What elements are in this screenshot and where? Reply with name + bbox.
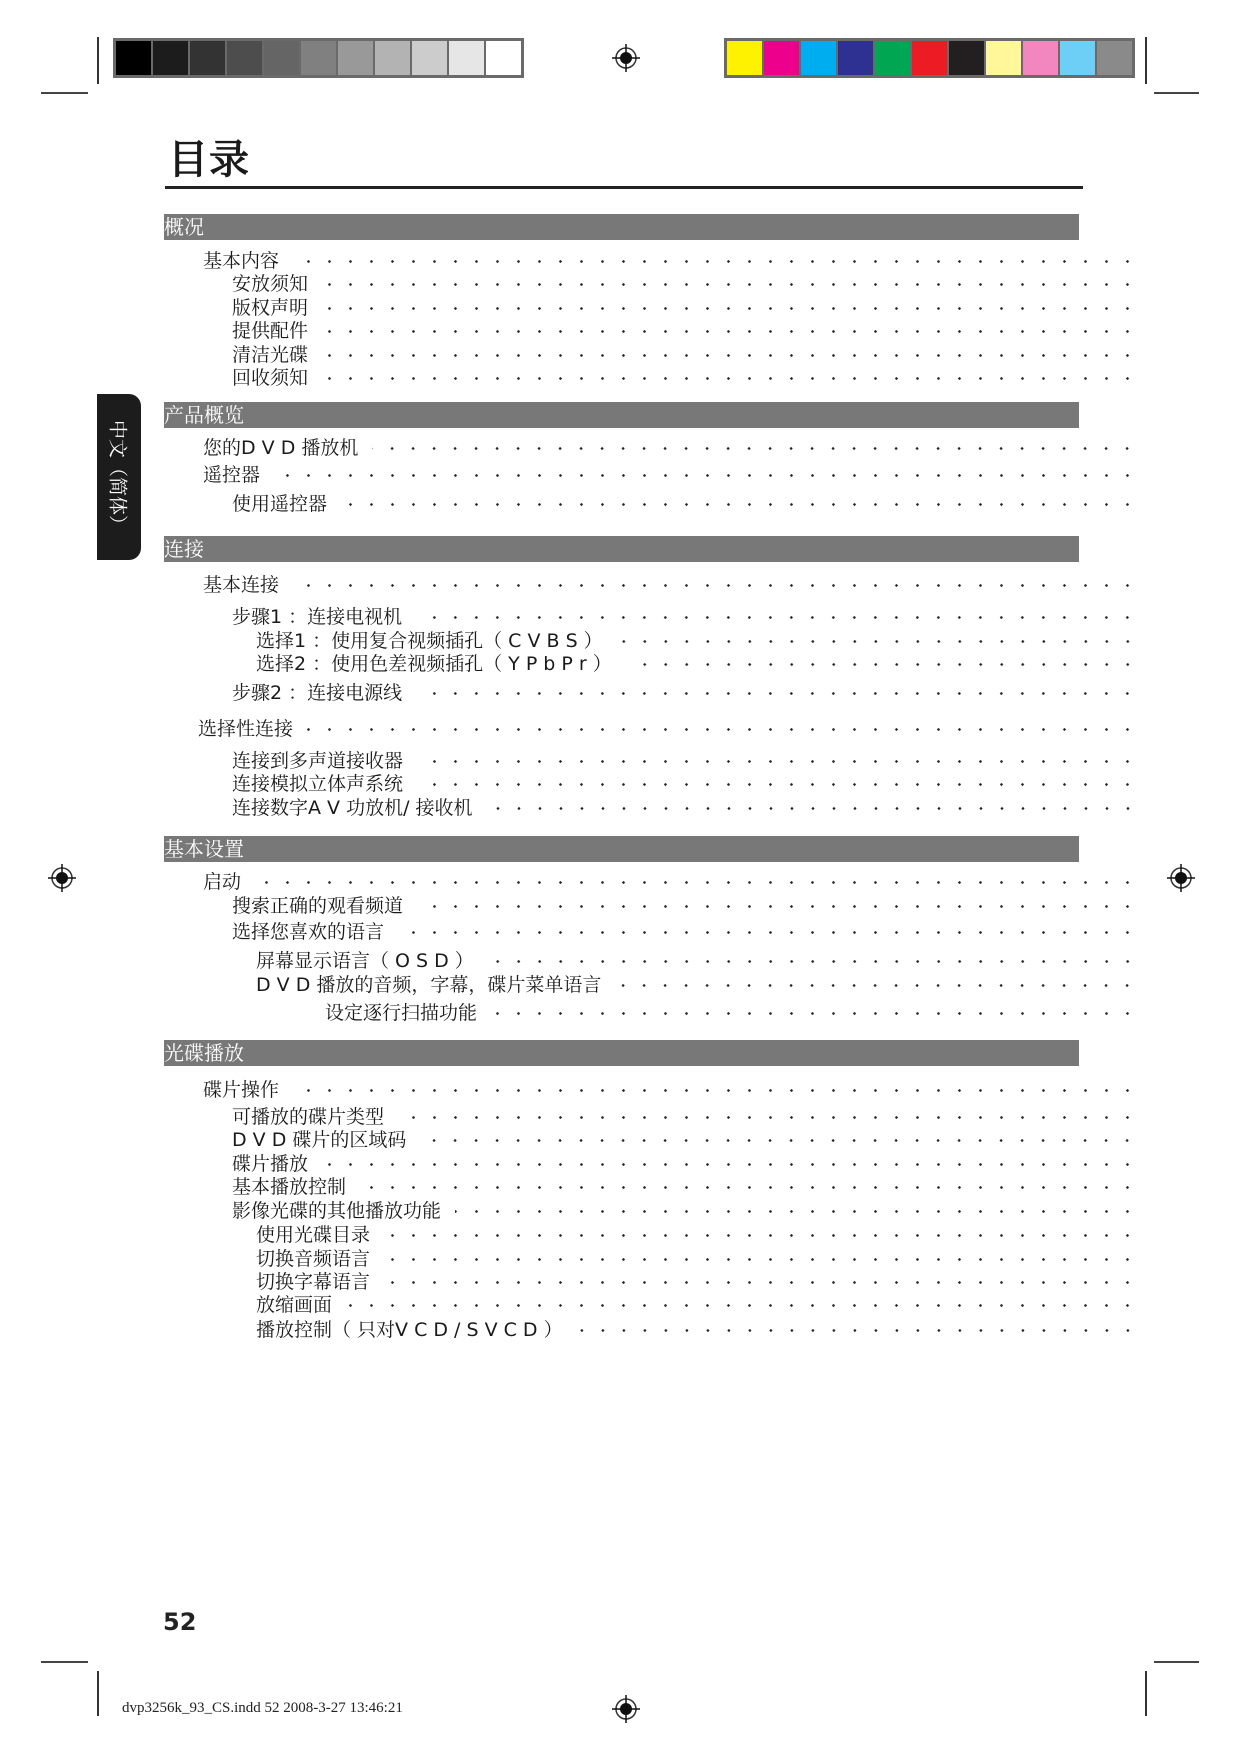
registration-mark-icon xyxy=(611,43,641,73)
crop-mark xyxy=(1154,92,1199,94)
title-underline xyxy=(165,186,1083,189)
toc-entry[interactable]: 屏幕显示语言（ O S D ） xyxy=(256,949,1138,973)
toc-entry[interactable]: 基本连接 xyxy=(203,573,1138,597)
toc-entry[interactable]: 基本内容 xyxy=(203,249,1138,273)
registration-mark-icon xyxy=(1166,863,1196,893)
dot-leader xyxy=(577,1329,1138,1332)
section-heading: 连接 xyxy=(164,536,1079,562)
toc-entry-label: 切换字幕语言 xyxy=(256,1270,370,1294)
toc-entry-label: D V D 碟片的区域码 xyxy=(232,1128,406,1152)
toc-entry[interactable]: 步骤2 ：连接电源线 xyxy=(232,681,1138,705)
toc-entry-label: 基本播放控制 xyxy=(232,1175,346,1199)
color-swatch xyxy=(116,41,151,75)
dot-leader xyxy=(617,640,1138,643)
toc-entry[interactable]: 使用遥控器 xyxy=(232,492,1138,516)
toc-entry-label: 搜索正确的观看频道 xyxy=(232,894,403,918)
toc-entry-label: 影像光碟的其他播放功能 xyxy=(232,1199,441,1223)
toc-entry[interactable]: D V D 碟片的区域码 xyxy=(232,1128,1138,1152)
toc-entry-label: D V D 播放的音频，字幕，碟片菜单语言 xyxy=(256,973,601,997)
toc-entry-label: 基本连接 xyxy=(203,573,279,597)
dot-leader xyxy=(322,377,1138,380)
toc-entry-label: 您的D V D 播放机 xyxy=(203,436,358,460)
dot-leader xyxy=(626,663,1138,666)
toc-entry[interactable]: 碟片操作 xyxy=(203,1078,1138,1102)
color-swatch xyxy=(949,41,984,75)
toc-entry[interactable]: 版权声明 xyxy=(232,296,1138,320)
crop-mark xyxy=(1145,37,1147,84)
dot-leader xyxy=(322,283,1138,286)
toc-entry-label: 步骤2 ：连接电源线 xyxy=(232,681,402,705)
toc-entry[interactable]: 连接模拟立体声系统 xyxy=(232,772,1138,796)
dot-leader xyxy=(420,1139,1138,1142)
dot-leader xyxy=(372,447,1138,450)
toc-entry-label: 提供配件 xyxy=(232,319,308,343)
dot-leader xyxy=(346,1304,1138,1307)
toc-entry-label: 版权声明 xyxy=(232,296,308,320)
color-swatch xyxy=(301,41,336,75)
color-swatch xyxy=(912,41,947,75)
section-heading: 光碟播放 xyxy=(164,1040,1079,1066)
dot-leader xyxy=(398,1116,1138,1119)
dot-leader xyxy=(417,760,1138,763)
dot-leader xyxy=(491,1012,1138,1015)
dot-leader xyxy=(488,960,1138,963)
section-heading: 产品概览 xyxy=(164,402,1079,428)
toc-entry[interactable]: 遥控器 xyxy=(203,463,1138,487)
color-swatch xyxy=(801,41,836,75)
section-heading: 基本设置 xyxy=(164,836,1079,862)
toc-entry-label: 步骤1 ：连接电视机 xyxy=(232,605,402,629)
toc-entry-label: 选择您喜欢的语言 xyxy=(232,920,384,944)
section-heading: 概况 xyxy=(164,214,1079,240)
toc-entry[interactable]: 清洁光碟 xyxy=(232,343,1138,367)
dot-leader xyxy=(274,474,1138,477)
registration-mark-icon xyxy=(611,1694,641,1724)
color-swatch xyxy=(338,41,373,75)
toc-entry-label: 使用遥控器 xyxy=(232,492,327,516)
toc-entry-label: 设定逐行扫描功能 xyxy=(325,1001,477,1025)
crop-mark xyxy=(97,1671,99,1716)
toc-entry[interactable]: 播放控制（ 只对V C D / S V C D ） xyxy=(256,1318,1138,1342)
dot-leader xyxy=(293,1089,1138,1092)
toc-entry[interactable]: 基本播放控制 xyxy=(232,1175,1138,1199)
grayscale-color-bar xyxy=(113,38,524,78)
color-swatch xyxy=(875,41,910,75)
dot-leader xyxy=(293,260,1138,263)
toc-entry[interactable]: 您的D V D 播放机 xyxy=(203,436,1138,460)
toc-entry[interactable]: 选择性连接 xyxy=(198,717,1138,741)
dot-leader xyxy=(417,905,1138,908)
dot-leader xyxy=(255,881,1138,884)
color-swatch xyxy=(1097,41,1132,75)
toc-entry-label: 选择性连接 xyxy=(198,717,293,741)
dot-leader xyxy=(416,692,1138,695)
toc-entry-label: 安放须知 xyxy=(232,272,308,296)
toc-entry[interactable]: 连接到多声道接收器 xyxy=(232,749,1138,773)
toc-entry-label: 切换音频语言 xyxy=(256,1247,370,1271)
toc-entry[interactable]: 搜索正确的观看频道 xyxy=(232,894,1138,918)
crop-mark xyxy=(1154,1661,1199,1663)
toc-entry[interactable]: D V D 播放的音频，字幕，碟片菜单语言 xyxy=(256,973,1138,997)
toc-entry-label: 放缩画面 xyxy=(256,1293,332,1317)
toc-entry[interactable]: 回收须知 xyxy=(232,366,1138,390)
toc-entry[interactable]: 可播放的碟片类型 xyxy=(232,1105,1138,1129)
toc-entry[interactable]: 选择2 ：使用色差视频插孔（ Y P b P r ） xyxy=(256,652,1138,676)
dot-leader xyxy=(398,931,1138,934)
page-number: 52 xyxy=(163,1608,196,1636)
toc-entry-label: 选择1 ：使用复合视频插孔（ C V B S ） xyxy=(256,629,603,653)
toc-entry-label: 播放控制（ 只对V C D / S V C D ） xyxy=(256,1318,563,1342)
toc-entry[interactable]: 切换音频语言 xyxy=(256,1247,1138,1271)
registration-mark-icon xyxy=(47,863,77,893)
color-swatch xyxy=(764,41,799,75)
color-swatch xyxy=(486,41,521,75)
color-swatch xyxy=(449,41,484,75)
dot-leader xyxy=(322,330,1138,333)
process-color-bar xyxy=(724,38,1135,78)
toc-entry[interactable]: 安放须知 xyxy=(232,272,1138,296)
toc-entry-label: 可播放的碟片类型 xyxy=(232,1105,384,1129)
dot-leader xyxy=(360,1186,1138,1189)
color-swatch xyxy=(412,41,447,75)
dot-leader xyxy=(341,503,1138,506)
color-swatch xyxy=(1023,41,1058,75)
toc-entry[interactable]: 放缩画面 xyxy=(256,1293,1138,1317)
color-swatch xyxy=(838,41,873,75)
toc-entry[interactable]: 影像光碟的其他播放功能 xyxy=(232,1199,1138,1223)
color-swatch xyxy=(727,41,762,75)
toc-entry-label: 屏幕显示语言（ O S D ） xyxy=(256,949,474,973)
toc-entry-label: 遥控器 xyxy=(203,463,260,487)
toc-entry[interactable]: 设定逐行扫描功能 xyxy=(325,1001,1138,1025)
dot-leader xyxy=(384,1258,1138,1261)
dot-leader xyxy=(322,354,1138,357)
dot-leader xyxy=(487,807,1138,810)
dot-leader xyxy=(322,307,1138,310)
toc-entry[interactable]: 步骤1 ：连接电视机 xyxy=(232,605,1138,629)
color-swatch xyxy=(1060,41,1095,75)
toc-entry[interactable]: 连接数字A V 功放机/ 接收机 xyxy=(232,796,1138,820)
toc-entry-label: 使用光碟目录 xyxy=(256,1223,370,1247)
crop-mark xyxy=(41,1661,88,1663)
toc-entry-label: 启动 xyxy=(203,870,241,894)
dot-leader xyxy=(293,584,1138,587)
dot-leader xyxy=(384,1234,1138,1237)
dot-leader xyxy=(416,616,1138,619)
dot-leader xyxy=(615,984,1138,987)
toc-entry-label: 基本内容 xyxy=(203,249,279,273)
toc-entry[interactable]: 碟片播放 xyxy=(232,1152,1138,1176)
color-swatch xyxy=(227,41,262,75)
toc-entry-label: 选择2 ：使用色差视频插孔（ Y P b P r ） xyxy=(256,652,612,676)
page-title: 目录 xyxy=(168,128,250,185)
toc-entry-label: 清洁光碟 xyxy=(232,343,308,367)
dot-leader xyxy=(455,1210,1138,1213)
toc-entry[interactable]: 启动 xyxy=(203,870,1138,894)
dot-leader xyxy=(322,1163,1138,1166)
crop-mark xyxy=(97,37,99,84)
crop-mark xyxy=(1145,1671,1147,1716)
color-swatch xyxy=(190,41,225,75)
color-swatch xyxy=(153,41,188,75)
toc-entry[interactable]: 提供配件 xyxy=(232,319,1138,343)
toc-entry-label: 连接到多声道接收器 xyxy=(232,749,403,773)
color-swatch xyxy=(986,41,1021,75)
color-swatch xyxy=(264,41,299,75)
crop-mark xyxy=(41,92,88,94)
toc-entry[interactable]: 选择1 ：使用复合视频插孔（ C V B S ） xyxy=(256,629,1138,653)
dot-leader xyxy=(307,728,1138,731)
toc-entry-label: 碟片播放 xyxy=(232,1152,308,1176)
toc-entry-label: 碟片操作 xyxy=(203,1078,279,1102)
toc-entry-label: 连接数字A V 功放机/ 接收机 xyxy=(232,796,473,820)
toc-entry-label: 连接模拟立体声系统 xyxy=(232,772,403,796)
toc-entry[interactable]: 切换字幕语言 xyxy=(256,1270,1138,1294)
toc-entry-label: 回收须知 xyxy=(232,366,308,390)
toc-entry[interactable]: 选择您喜欢的语言 xyxy=(232,920,1138,944)
print-slug: dvp3256k_93_CS.indd 52 2008-3-27 13:46:2… xyxy=(122,1700,403,1717)
side-tab-label: 中文（简体） xyxy=(106,420,133,534)
language-side-tab: 中文（简体） xyxy=(97,394,141,560)
dot-leader xyxy=(384,1281,1138,1284)
toc-entry[interactable]: 使用光碟目录 xyxy=(256,1223,1138,1247)
dot-leader xyxy=(417,783,1138,786)
color-swatch xyxy=(375,41,410,75)
